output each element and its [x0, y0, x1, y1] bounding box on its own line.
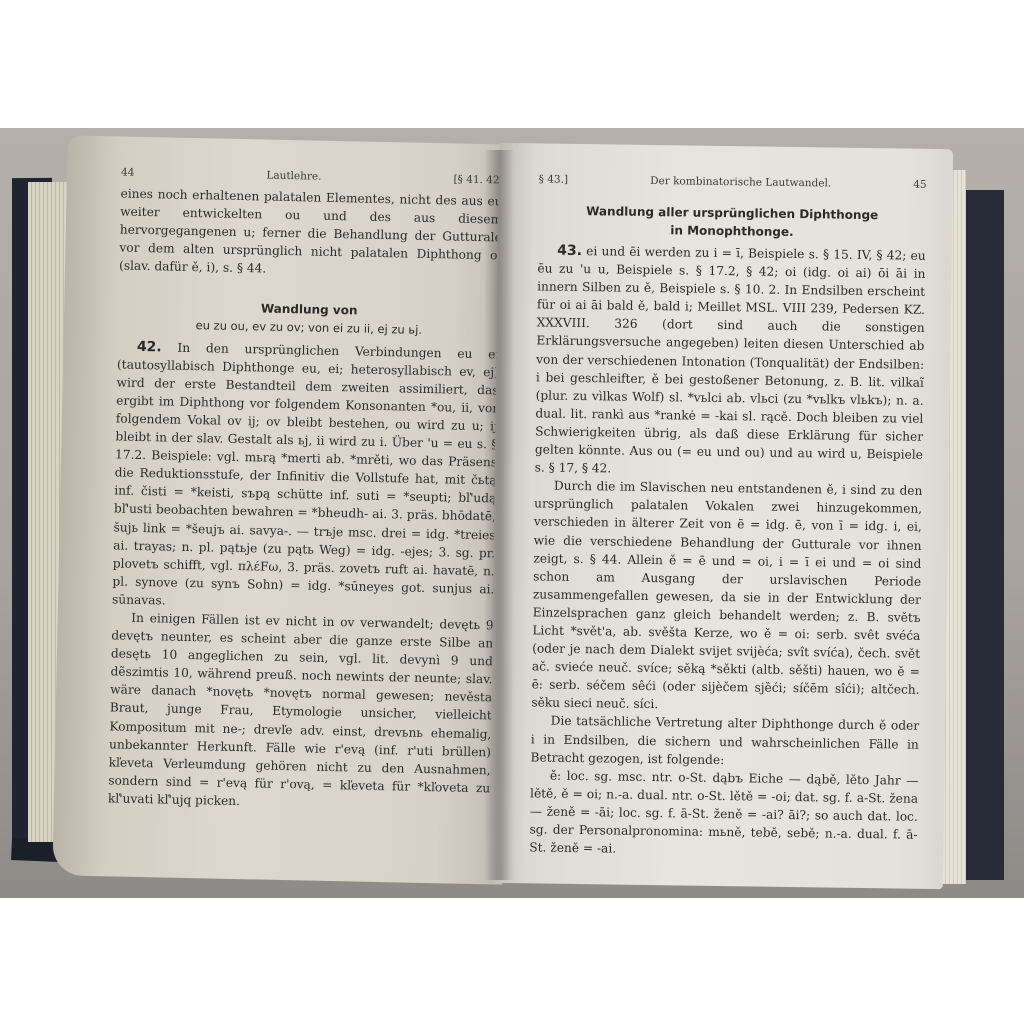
section-number: 43. [557, 243, 582, 259]
left-page-body: eines noch erhaltenen palatalen Elemente… [108, 184, 503, 815]
right-page-body: Wandlung aller ursprünglichen Diphthonge… [529, 191, 926, 862]
section-43-paragraph: 43. ei und ēi werden zu i = ī, Beispiele… [535, 241, 926, 482]
section-42-paragraph: 42. In den ursprünglichen Verbindungen e… [112, 337, 500, 616]
paragraph: Durch die im Slavischen neu entstandenen… [531, 477, 922, 718]
running-title: Der kombinatorische Lautwandel. [650, 175, 831, 190]
section-text: In den ursprünglichen Verbindungen eu ei… [112, 340, 500, 607]
running-title: Lautlehre. [266, 170, 321, 183]
right-running-head: § 43.] Der kombinatorische Lautwandel. 4… [539, 173, 927, 190]
left-page: 44 Lautlehre. [§ 41. 42. eines noch erha… [52, 135, 517, 884]
continuation-paragraph: eines noch erhaltenen palatalen Elemente… [119, 184, 503, 282]
book-gutter [484, 150, 514, 880]
section-ref: § 43.] [539, 173, 569, 185]
right-page: § 43.] Der kombinatorische Lautwandel. 4… [489, 143, 953, 889]
page-number: 44 [121, 166, 135, 178]
left-running-head: 44 Lautlehre. [§ 41. 42. [121, 166, 503, 186]
paragraph: Die tatsächliche Vertretung alter Diphth… [530, 712, 919, 772]
paragraph: ě: loc. sg. msc. ntr. o-St. dąbъ Eiche —… [529, 766, 918, 862]
section-text: ei und ēi werden zu i = ī, Beispiele s. … [535, 244, 926, 475]
paragraph: In einigen Fällen ist ev nicht in ov ver… [108, 608, 494, 815]
page-number: 45 [913, 179, 927, 191]
section-number: 42. [137, 338, 162, 355]
